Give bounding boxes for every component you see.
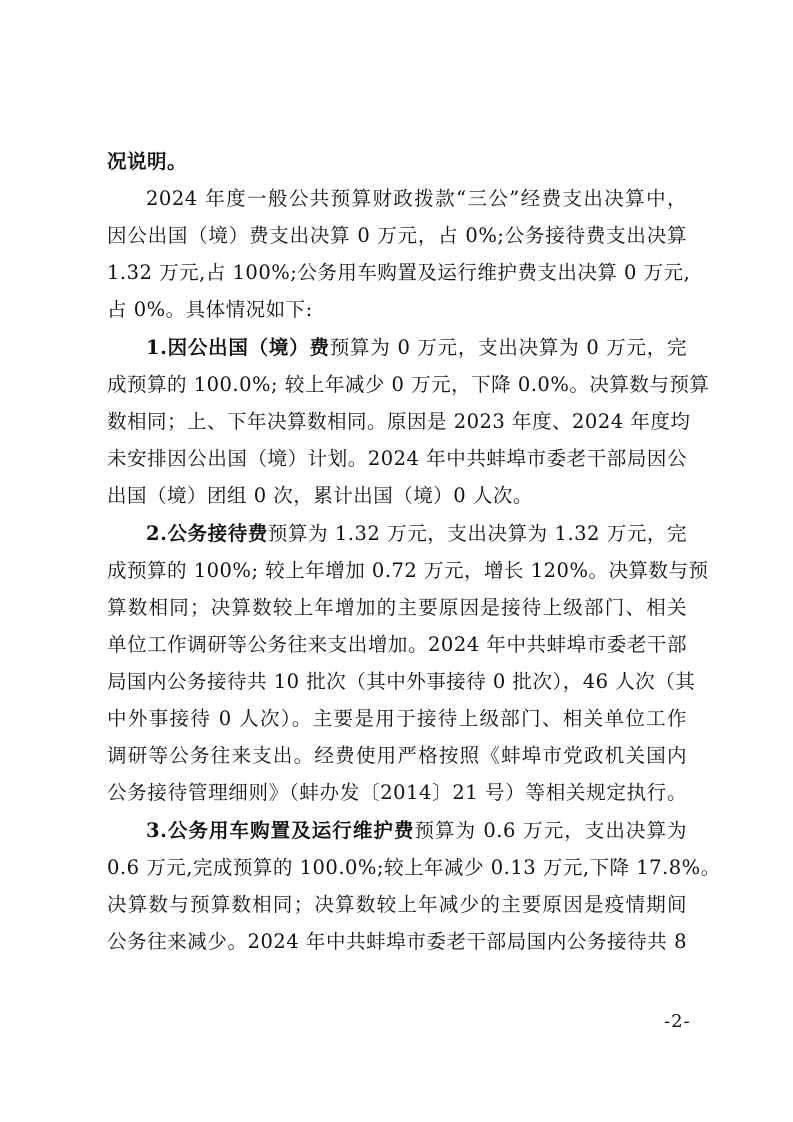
paragraph-line: 成预算的 100.0%; 较上年减少 0 万元，下降 0.0%。决算数与预算 xyxy=(107,373,687,397)
paragraph-line: 成预算的 100%; 较上年增加 0.72 万元，增长 120%。决算数与预 xyxy=(107,559,687,583)
paragraph-line: 占 0%。具体情况如下: xyxy=(107,298,687,322)
paragraph-line: 算数相同；决算数较上年增加的主要原因是接待上级部门、相关 xyxy=(107,596,687,620)
paragraph-line: 0.6 万元,完成预算的 100.0%;较上年减少 0.13 万元,下降 17.… xyxy=(107,856,687,880)
paragraph-line: 公务往来减少。2024 年中共蚌埠市委老干部局国内公务接待共 8 xyxy=(107,930,687,954)
document-page: 况说明。 2024 年度一般公共预算财政拨款“三公”经费支出决算中， 因公出国（… xyxy=(0,0,793,1122)
paragraph-line: 单位工作调研等公务往来支出增加。2024 年中共蚌埠市委老干部 xyxy=(107,633,687,657)
paragraph-line-summary: 2024 年度一般公共预算财政拨款“三公”经费支出决算中， xyxy=(146,187,687,211)
paragraph-line: 局国内公务接待共 10 批次（其中外事接待 0 批次），46 人次（其 xyxy=(107,670,687,694)
section-1-heading: 1.因公出国（境）费 xyxy=(146,336,330,359)
section-3-line: 3.公务用车购置及运行维护费预算为 0.6 万元，支出决算为 xyxy=(146,819,687,843)
paragraph-line-continuation: 况说明。 xyxy=(107,150,687,174)
section-3-text: 预算为 0.6 万元，支出决算为 xyxy=(415,819,688,842)
section-1-line: 1.因公出国（境）费预算为 0 万元，支出决算为 0 万元，完 xyxy=(146,336,687,360)
paragraph-line: 1.32 万元,占 100%;公务用车购置及运行维护费支出决算 0 万元, xyxy=(107,261,687,285)
section-2-line: 2.公务接待费预算为 1.32 万元，支出决算为 1.32 万元，完 xyxy=(146,522,687,546)
page-number: -2- xyxy=(664,1011,691,1033)
paragraph-line: 出国（境）团组 0 次，累计出国（境）0 人次。 xyxy=(107,484,687,508)
section-2-heading: 2.公务接待费 xyxy=(146,522,268,545)
paragraph-line: 中外事接待 0 人次）。主要是用于接待上级部门、相关单位工作 xyxy=(107,707,687,731)
paragraph-line: 调研等公务往来支出。经费使用严格按照《蚌埠市党政机关国内 xyxy=(107,744,687,768)
section-2-text: 预算为 1.32 万元，支出决算为 1.32 万元，完 xyxy=(268,522,687,545)
paragraph-line: 数相同；上、下年决算数相同。原因是 2023 年度、2024 年度均 xyxy=(107,410,687,434)
paragraph-line: 因公出国（境）费支出决算 0 万元，占 0%;公务接待费支出决算 xyxy=(107,224,687,248)
paragraph-line: 未安排因公出国（境）计划。2024 年中共蚌埠市委老干部局因公 xyxy=(107,447,687,471)
paragraph-line: 决算数与预算数相同；决算数较上年减少的主要原因是疫情期间 xyxy=(107,893,687,917)
section-3-heading: 3.公务用车购置及运行维护费 xyxy=(146,819,415,842)
section-1-text: 预算为 0 万元，支出决算为 0 万元，完 xyxy=(330,336,687,359)
paragraph-line: 公务接待管理细则》（蚌办发〔2014〕21 号）等相关规定执行。 xyxy=(107,781,687,805)
